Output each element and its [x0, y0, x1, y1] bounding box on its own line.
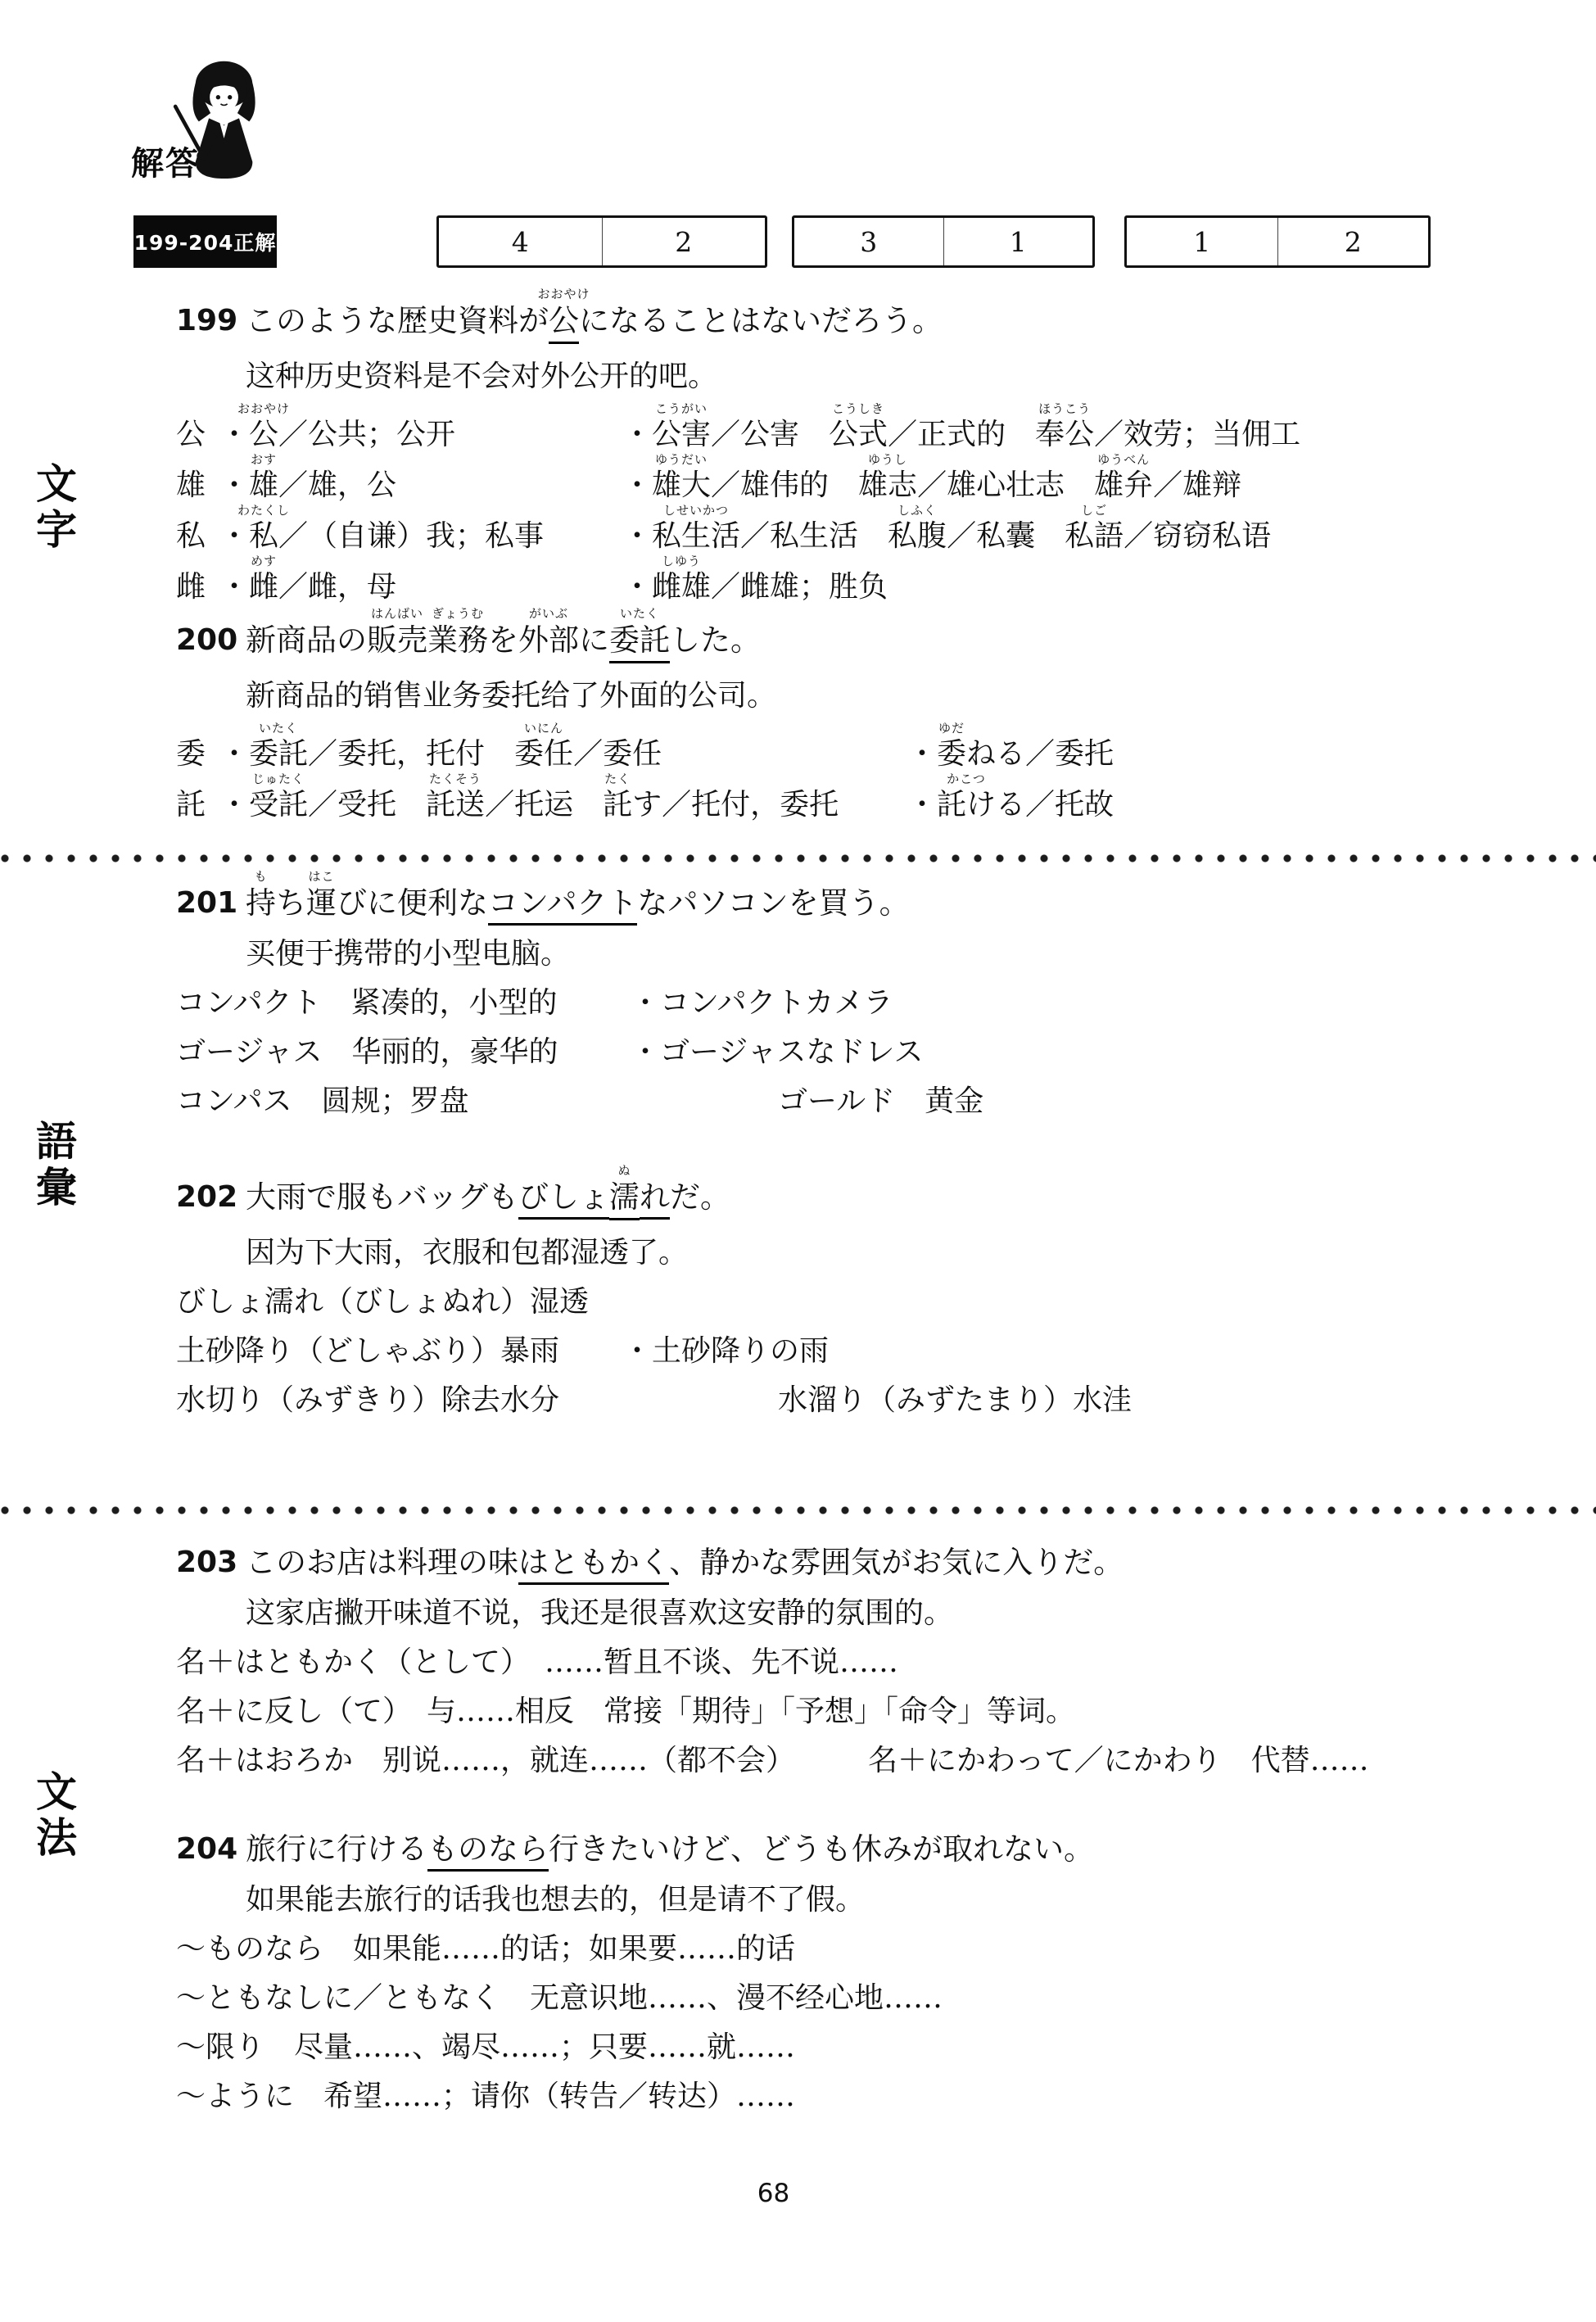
- grammar-line: ～ように 希望……；请你（转告／转达）……: [176, 2079, 1511, 2115]
- text-segment: 奉公ほうこう: [1035, 418, 1094, 452]
- vocab-head-kanji: 私: [176, 519, 219, 554]
- text-segment: ・: [622, 468, 652, 502]
- question-sentence: 持もち運はこびに便利なコンパクトなパソコンを買う。: [246, 885, 910, 921]
- furigana: たく: [604, 773, 631, 785]
- question-number: 203: [176, 1545, 246, 1581]
- text-segment: ／（自谦）我；私事: [278, 519, 544, 553]
- text-segment: になることはないだろう。: [579, 303, 943, 338]
- vocab-line: コンパス 圆规；罗盘 ゴールド 黄金: [176, 1084, 1511, 1120]
- question-sentence-row: 200 新商品の販売はんばい業務ぎょうむを外部がいぶに委託いたくした。: [176, 604, 1511, 663]
- grammar-cell: 名＋にかわって／にかわり 代替……: [868, 1743, 1511, 1779]
- text-segment: 託けかこつ: [937, 788, 996, 822]
- text-segment: ・: [622, 418, 652, 451]
- text-segment: ・: [219, 788, 249, 822]
- text-segment: びに便利な: [337, 885, 488, 921]
- text-segment: ／窃窃私语: [1124, 519, 1271, 553]
- furigana: かこつ: [947, 773, 986, 785]
- question-200: 200 新商品の販売はんばい業務ぎょうむを外部がいぶに委託いたくした。 新商品的…: [176, 604, 1511, 822]
- furigana: おおやけ: [537, 288, 590, 301]
- text-segment: 雄大ゆうだい: [652, 468, 711, 503]
- text-segment: 受託じゅたく: [249, 788, 308, 822]
- vocab-head-kanji: 雌: [176, 570, 219, 604]
- question-number: 201: [176, 885, 246, 921]
- vocab-line: コンパクト 紧凑的，小型的 ・コンパクトカメラ: [176, 985, 1511, 1021]
- text-segment: ／私囊: [947, 519, 1065, 553]
- question-translation: 这种历史资料是不会对外公开的吧。: [246, 359, 1511, 395]
- vocab-cell: ・私生活しせいかつ／私生活 私腹しふく／私囊 私語しご／窃窃私语: [622, 519, 1511, 554]
- furigana: めす: [251, 555, 277, 568]
- text-segment: このような歴史資料が: [246, 303, 549, 338]
- text-segment: に: [579, 622, 609, 658]
- sidebar-section-goi: 語彙: [36, 1119, 82, 1211]
- grammar-lines: ～ものなら 如果能……的话；如果要……的话 ～ともなしに／ともなく 无意识地………: [176, 1931, 1511, 2115]
- question-number: 204: [176, 1831, 246, 1867]
- text-segment: 、静かな雰囲気がお気に入りだ。: [669, 1545, 1124, 1580]
- furigana: はこ: [308, 871, 334, 883]
- vocab-cell: ・雄大ゆうだい／雄伟的 雄志ゆうし／雄心壮志 雄弁ゆうべん／雄辩: [622, 468, 1511, 503]
- text-segment: ・ゴージャスなドレス: [631, 1035, 923, 1069]
- text-segment: 公おおやけ: [249, 418, 278, 452]
- vocab-line: ゴージャス 华丽的，豪华的 ・ゴージャスなドレス: [176, 1034, 1511, 1070]
- text-segment: ／公共；公开: [278, 418, 455, 451]
- furigana: いたく: [259, 722, 298, 735]
- question-204: 204 旅行に行けるものなら行きたいけど、どうも休みが取れない。 如果能去旅行的…: [176, 1813, 1511, 2115]
- vocab-line: 水切り（みずきり）除去水分 水溜り（みずたまり）水洼: [176, 1383, 1511, 1419]
- vocab-cell: ・土砂降りの雨: [622, 1333, 1511, 1369]
- answer-box-1: 4 2: [436, 215, 767, 268]
- text-segment: 託送たくそう: [426, 788, 485, 822]
- text-segment: ものなら: [427, 1831, 549, 1872]
- vocab-row: 雌 ・雌めす／雌，母 ・雌雄しゆう／雌雄；胜负: [176, 554, 1511, 604]
- vocab-cell: 水溜り（みずたまり）水洼: [622, 1383, 1511, 1419]
- text-segment: 委任いにん: [514, 737, 573, 772]
- vocab-row: 委 ・委託いたく／委托，托付 委任いにん／委任 ・委ゆだねる／委托: [176, 721, 1511, 772]
- vocab-line: びしょ濡れ（びしょぬれ）湿透: [176, 1284, 1511, 1320]
- furigana: ほうこう: [1038, 403, 1091, 415]
- vocab-cell: ・託けかこつる／托故: [907, 788, 1511, 822]
- answer-box-3: 1 2: [1124, 215, 1431, 268]
- vocab-head-kanji: 雄: [176, 468, 219, 503]
- vocab-rows: 公 ・公おおやけ／公共；公开 ・公害こうがい／公害 公式こうしき／正式的 奉公ほ…: [176, 401, 1511, 604]
- text-segment: ／正式的: [888, 418, 1035, 451]
- text-segment: ゴールド 黄金: [778, 1084, 983, 1118]
- vocab-row: 雄 ・雄おす／雄，公 ・雄大ゆうだい／雄伟的 雄志ゆうし／雄心壮志 雄弁ゆうべん…: [176, 452, 1511, 503]
- grammar-line: 名＋に反し（て） 与……相反 常接「期待」「予想」「命令」等词。: [176, 1694, 1511, 1730]
- text-segment: す／托付，委托: [632, 788, 839, 822]
- text-segment: 運はこ: [306, 885, 337, 921]
- vocab-row: 託 ・受託じゅたく／受托 託送たくそう／托运 託たくす／托付，委托 ・託けかこつ…: [176, 772, 1511, 822]
- text-segment: 雄志ゆうし: [858, 468, 917, 503]
- furigana: ゆうし: [868, 454, 907, 466]
- question-sentence-row: 199 このような歴史資料が 公 おおやけになることはないだろう。: [176, 285, 1511, 344]
- vocab-head-kanji: 託: [176, 788, 219, 822]
- grammar-lines: 名＋はともかく（として） ……暂且不谈、先不说…… 名＋に反し（て） 与……相反…: [176, 1645, 1511, 1779]
- question-number: 200: [176, 622, 246, 663]
- furigana: も: [254, 871, 267, 883]
- vocab-lines: びしょ濡れ（びしょぬれ）湿透 土砂降り（どしゃぶり）暴雨 ・土砂降りの雨 水切り…: [176, 1284, 1511, 1419]
- text-segment: 委ゆだ: [937, 737, 966, 772]
- question-sentence-row: 202 大雨で服もバッグもびしょ濡ぬれだ。: [176, 1161, 1511, 1220]
- vocab-cell: ・公害こうがい／公害 公式こうしき／正式的 奉公ほうこう／效劳；当佣工: [622, 418, 1511, 452]
- vocab-cell: ・雌めす／雌，母: [219, 570, 622, 604]
- text-segment: だ。: [670, 1179, 730, 1215]
- furigana: おおやけ: [237, 403, 290, 415]
- furigana: ゆうだい: [655, 454, 708, 466]
- furigana: おす: [251, 454, 277, 466]
- text-segment: ・: [622, 519, 652, 553]
- text-segment: 新商品の: [246, 622, 367, 658]
- text-segment: ・: [219, 737, 249, 771]
- vocab-row: 私 ・私わたくし／（自谦）我；私事 ・私生活しせいかつ／私生活 私腹しふく／私囊…: [176, 503, 1511, 554]
- vocab-cell: ・委託いたく／委托，托付 委任いにん／委任: [219, 737, 907, 772]
- furigana: がいぶ: [529, 608, 568, 620]
- vocab-cell: ゴージャス 华丽的，豪华的: [176, 1034, 631, 1070]
- text-segment: コンパクト 紧凑的，小型的: [176, 986, 557, 1020]
- text-segment: れ: [640, 1179, 670, 1220]
- question-sentence-row: 201 持もち運はこびに便利なコンパクトなパソコンを買う。: [176, 867, 1511, 921]
- furigana: こうがい: [655, 403, 708, 415]
- text-segment: 外部がいぶ: [518, 622, 579, 659]
- grammar-line: 名＋はともかく（として） ……暂且不谈、先不说……: [176, 1645, 1511, 1681]
- text-segment: びしょ: [518, 1179, 609, 1220]
- text-segment: 雌めす: [249, 570, 278, 604]
- text-segment: ・: [907, 788, 937, 822]
- question-sentence-row: 203 このお店は料理の味はともかく、静かな雰囲気がお気に入りだ。: [176, 1527, 1511, 1581]
- answer-range-label: 199-204正解: [133, 215, 277, 268]
- text-segment: ・: [907, 737, 937, 771]
- vocab-head-kanji: 委: [176, 737, 219, 772]
- page-number: 68: [0, 2179, 1547, 2208]
- text-segment: ／私生活: [740, 519, 888, 553]
- text-segment: 大雨で服もバッグも: [246, 1179, 518, 1215]
- grammar-cell: 名＋に反し（て） 与……相反 常接「期待」「予想」「命令」等词。: [176, 1694, 1075, 1730]
- vocab-cell: ・ゴージャスなドレス: [631, 1034, 1511, 1070]
- question-sentence: 新商品の販売はんばい業務ぎょうむを外部がいぶに委託いたくした。: [246, 622, 761, 663]
- text-segment: ／托运: [485, 788, 603, 822]
- question-translation: 买便于携带的小型电脑。: [246, 936, 1511, 972]
- text-segment: 名＋はおろか 别说……，就连……（都不会）: [176, 1744, 795, 1777]
- furigana: しご: [1081, 505, 1107, 517]
- text-segment: 名＋はともかく（として） ……暂且不谈、先不说……: [176, 1645, 898, 1679]
- teacher-girl-illustration-icon: [170, 59, 275, 190]
- text-segment: 濡ぬ: [609, 1179, 640, 1220]
- question-sentence: このお店は料理の味はともかく、静かな雰囲気がお気に入りだ。: [246, 1545, 1124, 1581]
- vocab-cell: ・受託じゅたく／受托 託送たくそう／托运 託たくす／托付，委托: [219, 788, 907, 822]
- text-segment: はともかく: [518, 1545, 669, 1585]
- furigana: しふく: [897, 505, 937, 517]
- question-sentence-row: 204 旅行に行けるものなら行きたいけど、どうも休みが取れない。: [176, 1813, 1511, 1867]
- question-number: 199: [176, 303, 246, 344]
- answer-value-201: 3: [794, 218, 943, 265]
- main-content: 199 このような歴史資料が 公 おおやけになることはないだろう。 这种历史资料…: [176, 285, 1511, 2115]
- text-segment: 水切り（みずきり）除去水分: [176, 1383, 559, 1417]
- text-segment: 託たく: [603, 788, 632, 822]
- question-199: 199 このような歴史資料が 公 おおやけになることはないだろう。 这种历史资料…: [176, 285, 1511, 604]
- vocab-line: 土砂降り（どしゃぶり）暴雨 ・土砂降りの雨: [176, 1333, 1511, 1369]
- vocab-cell: ・コンパクトカメラ: [631, 985, 1511, 1021]
- text-segment: 公式こうしき: [829, 418, 888, 452]
- furigana: ゆだ: [938, 722, 965, 735]
- text-segment: このお店は料理の味: [246, 1545, 518, 1580]
- text-segment: ち: [276, 885, 306, 921]
- vocab-cell: ・雌雄しゆう／雌雄；胜负: [622, 570, 1511, 604]
- answer-value-199: 4: [439, 218, 602, 265]
- answer-value-203: 1: [1127, 218, 1277, 265]
- text-segment: ・: [219, 418, 249, 451]
- text-segment: 旅行に行ける: [246, 1831, 427, 1867]
- text-segment: 雄弁ゆうべん: [1094, 468, 1153, 503]
- text-segment: 私語しご: [1065, 519, 1124, 554]
- furigana: こうしき: [832, 403, 884, 415]
- textbook-answer-page: 文字 語彙 文法 解答 199-204正解 4 2 3 1 1 2: [0, 0, 1596, 2322]
- vocab-head-kanji: 公: [176, 418, 219, 452]
- furigana: わたくし: [237, 505, 290, 517]
- text-segment: ～ものなら 如果能……的话；如果要……的话: [176, 1932, 795, 1966]
- text-segment: ねる／委托: [966, 737, 1114, 771]
- vocab-cell: ・委ゆだねる／委托: [907, 737, 1511, 772]
- vocab-cell: びしょ濡れ（びしょぬれ）湿透: [176, 1284, 589, 1320]
- text-segment: ／雄伟的: [711, 468, 858, 502]
- question-203: 203 このお店は料理の味はともかく、静かな雰囲気がお気に入りだ。 这家店撇开味…: [176, 1527, 1511, 1779]
- text-segment: ／雄辩: [1153, 468, 1241, 502]
- text-segment: 私生活しせいかつ: [652, 519, 740, 554]
- text-segment: ／委托，托付: [308, 737, 514, 771]
- text-segment: 委託いたく: [609, 622, 670, 663]
- furigana: いたく: [620, 608, 659, 620]
- text-segment: 雌雄しゆう: [652, 570, 711, 604]
- answer-value-200: 2: [602, 218, 766, 265]
- question-sentence: このような歴史資料が 公 おおやけになることはないだろう。: [246, 303, 943, 344]
- text-segment: 公 おおやけ: [549, 303, 579, 344]
- vocab-rows: 委 ・委託いたく／委托，托付 委任いにん／委任 ・委ゆだねる／委托 託 ・受託じ…: [176, 721, 1511, 822]
- text-segment: 土砂降り（どしゃぶり）暴雨: [176, 1334, 559, 1368]
- furigana: はんばい: [371, 608, 423, 620]
- vocab-cell: ・私わたくし／（自谦）我；私事: [219, 519, 622, 554]
- grammar-line: ～限り 尽量……、竭尽……；只要……就……: [176, 2030, 1511, 2066]
- vocab-row: 公 ・公おおやけ／公共；公开 ・公害こうがい／公害 公式こうしき／正式的 奉公ほ…: [176, 401, 1511, 452]
- question-sentence: 大雨で服もバッグもびしょ濡ぬれだ。: [246, 1179, 730, 1220]
- question-translation: 如果能去旅行的话我也想去的，但是请不了假。: [246, 1882, 1511, 1918]
- question-201: 201 持もち運はこびに便利なコンパクトなパソコンを買う。 买便于携带的小型电脑…: [176, 867, 1511, 1120]
- vocab-cell: ・公おおやけ／公共；公开: [219, 418, 622, 452]
- grammar-cell: ～限り 尽量……、竭尽……；只要……就……: [176, 2030, 795, 2066]
- text-segment: 販売はんばい: [367, 622, 427, 659]
- text-segment: る／托故: [996, 788, 1114, 822]
- question-translation: 这家店撇开味道不说，我还是很喜欢这安静的氛围的。: [246, 1596, 1511, 1632]
- answer-value-202: 1: [943, 218, 1093, 265]
- vocab-cell: 水切り（みずきり）除去水分: [176, 1383, 622, 1419]
- answer-box-2: 3 1: [792, 215, 1095, 268]
- text-segment: ／雌雄；胜负: [711, 570, 888, 604]
- text-segment: びしょ濡れ（びしょぬれ）湿透: [176, 1285, 589, 1319]
- text-segment: した。: [670, 622, 761, 658]
- grammar-cell: ～ともなしに／ともなく 无意识地……、漫不经心地……: [176, 1980, 943, 2016]
- question-translation: 新商品的销售业务委托给了外面的公司。: [246, 678, 1511, 714]
- text-segment: 持も: [246, 885, 276, 921]
- text-segment: ／雄心壮志: [917, 468, 1094, 502]
- vocab-cell: ゴールド 黄金: [631, 1084, 1511, 1120]
- text-segment: ・: [219, 468, 249, 502]
- vocab-cell: ・雄おす／雄，公: [219, 468, 622, 503]
- furigana: ゆうべん: [1097, 454, 1150, 466]
- vocab-lines: コンパクト 紧凑的，小型的 ・コンパクトカメラ ゴージャス 华丽的，豪华的 ・ゴ…: [176, 985, 1511, 1120]
- question-translation: 因为下大雨，衣服和包都湿透了。: [246, 1235, 1511, 1271]
- text-segment: なパソコンを買う。: [637, 885, 909, 921]
- text-segment: 水溜り（みずたまり）水洼: [778, 1383, 1132, 1417]
- text-segment: ・土砂降りの雨: [622, 1334, 829, 1368]
- text-segment: 業務ぎょうむ: [427, 622, 488, 659]
- answer-value-204: 2: [1277, 218, 1429, 265]
- grammar-line: ～ともなしに／ともなく 无意识地……、漫不经心地……: [176, 1980, 1511, 2016]
- grammar-line: 名＋はおろか 别说……，就连……（都不会） 名＋にかわって／にかわり 代替……: [176, 1743, 1511, 1779]
- grammar-cell: 名＋はおろか 别说……，就连……（都不会）: [176, 1743, 868, 1779]
- question-202: 202 大雨で服もバッグもびしょ濡ぬれだ。 因为下大雨，衣服和包都湿透了。 びし…: [176, 1161, 1511, 1419]
- vocab-cell: コンパス 圆规；罗盘: [176, 1084, 631, 1120]
- grammar-cell: ～ものなら 如果能……的话；如果要……的话: [176, 1931, 795, 1967]
- question-sentence: 旅行に行けるものなら行きたいけど、どうも休みが取れない。: [246, 1831, 1094, 1867]
- text-segment: ・: [622, 570, 652, 604]
- text-segment: 公害こうがい: [652, 418, 711, 452]
- text-segment: ／雌，母: [278, 570, 396, 604]
- furigana: しせいかつ: [663, 505, 729, 517]
- text-segment: 私腹しふく: [888, 519, 947, 554]
- vocab-cell: コンパクト 紧凑的，小型的: [176, 985, 631, 1021]
- text-segment: コンパクト: [488, 885, 637, 926]
- furigana: しゆう: [662, 555, 701, 568]
- grammar-cell: 名＋はともかく（として） ……暂且不谈、先不说……: [176, 1645, 898, 1681]
- grammar-line: ～ものなら 如果能……的话；如果要……的话: [176, 1931, 1511, 1967]
- grammar-cell: ～ように 希望……；请你（转告／转达）……: [176, 2079, 795, 2115]
- text-segment: を: [488, 622, 518, 658]
- furigana: ぎょうむ: [432, 608, 484, 620]
- furigana: いにん: [524, 722, 563, 735]
- text-segment: ／受托: [308, 788, 426, 822]
- sidebar-section-bunpo: 文法: [36, 1769, 82, 1861]
- text-segment: 委託いたく: [249, 737, 308, 772]
- sidebar-section-moji: 文字: [36, 461, 82, 553]
- text-segment: 雄おす: [249, 468, 278, 503]
- text-segment: ・: [219, 570, 249, 604]
- text-segment: ～ともなしに／ともなく 无意识地……、漫不经心地……: [176, 1981, 943, 2015]
- text-segment: 私わたくし: [249, 519, 278, 554]
- text-segment: ・コンパクトカメラ: [631, 986, 893, 1020]
- text-segment: ゴージャス 华丽的，豪华的: [176, 1035, 558, 1069]
- text-segment: ／雄，公: [278, 468, 396, 502]
- text-segment: 行きたいけど、どうも休みが取れない。: [549, 1831, 1094, 1867]
- text-segment: ／公害: [711, 418, 829, 451]
- furigana: じゅたく: [252, 773, 305, 785]
- text-segment: ／委任: [573, 737, 662, 771]
- furigana: ぬ: [617, 1165, 631, 1177]
- text-segment: 名＋にかわって／にかわり 代替……: [868, 1744, 1369, 1777]
- text-segment: ／效劳；当佣工: [1094, 418, 1300, 451]
- text-segment: ～限り 尽量……、竭尽……；只要……就……: [176, 2030, 795, 2064]
- text-segment: ・: [219, 519, 249, 553]
- text-segment: 名＋に反し（て） 与……相反 常接「期待」「予想」「命令」等词。: [176, 1695, 1075, 1728]
- question-number: 202: [176, 1179, 246, 1220]
- vocab-cell: 土砂降り（どしゃぶり）暴雨: [176, 1333, 622, 1369]
- text-segment: ～ように 希望……；请你（转告／转达）……: [176, 2080, 795, 2113]
- text-segment: コンパス 圆规；罗盘: [176, 1084, 468, 1118]
- furigana: たくそう: [429, 773, 482, 785]
